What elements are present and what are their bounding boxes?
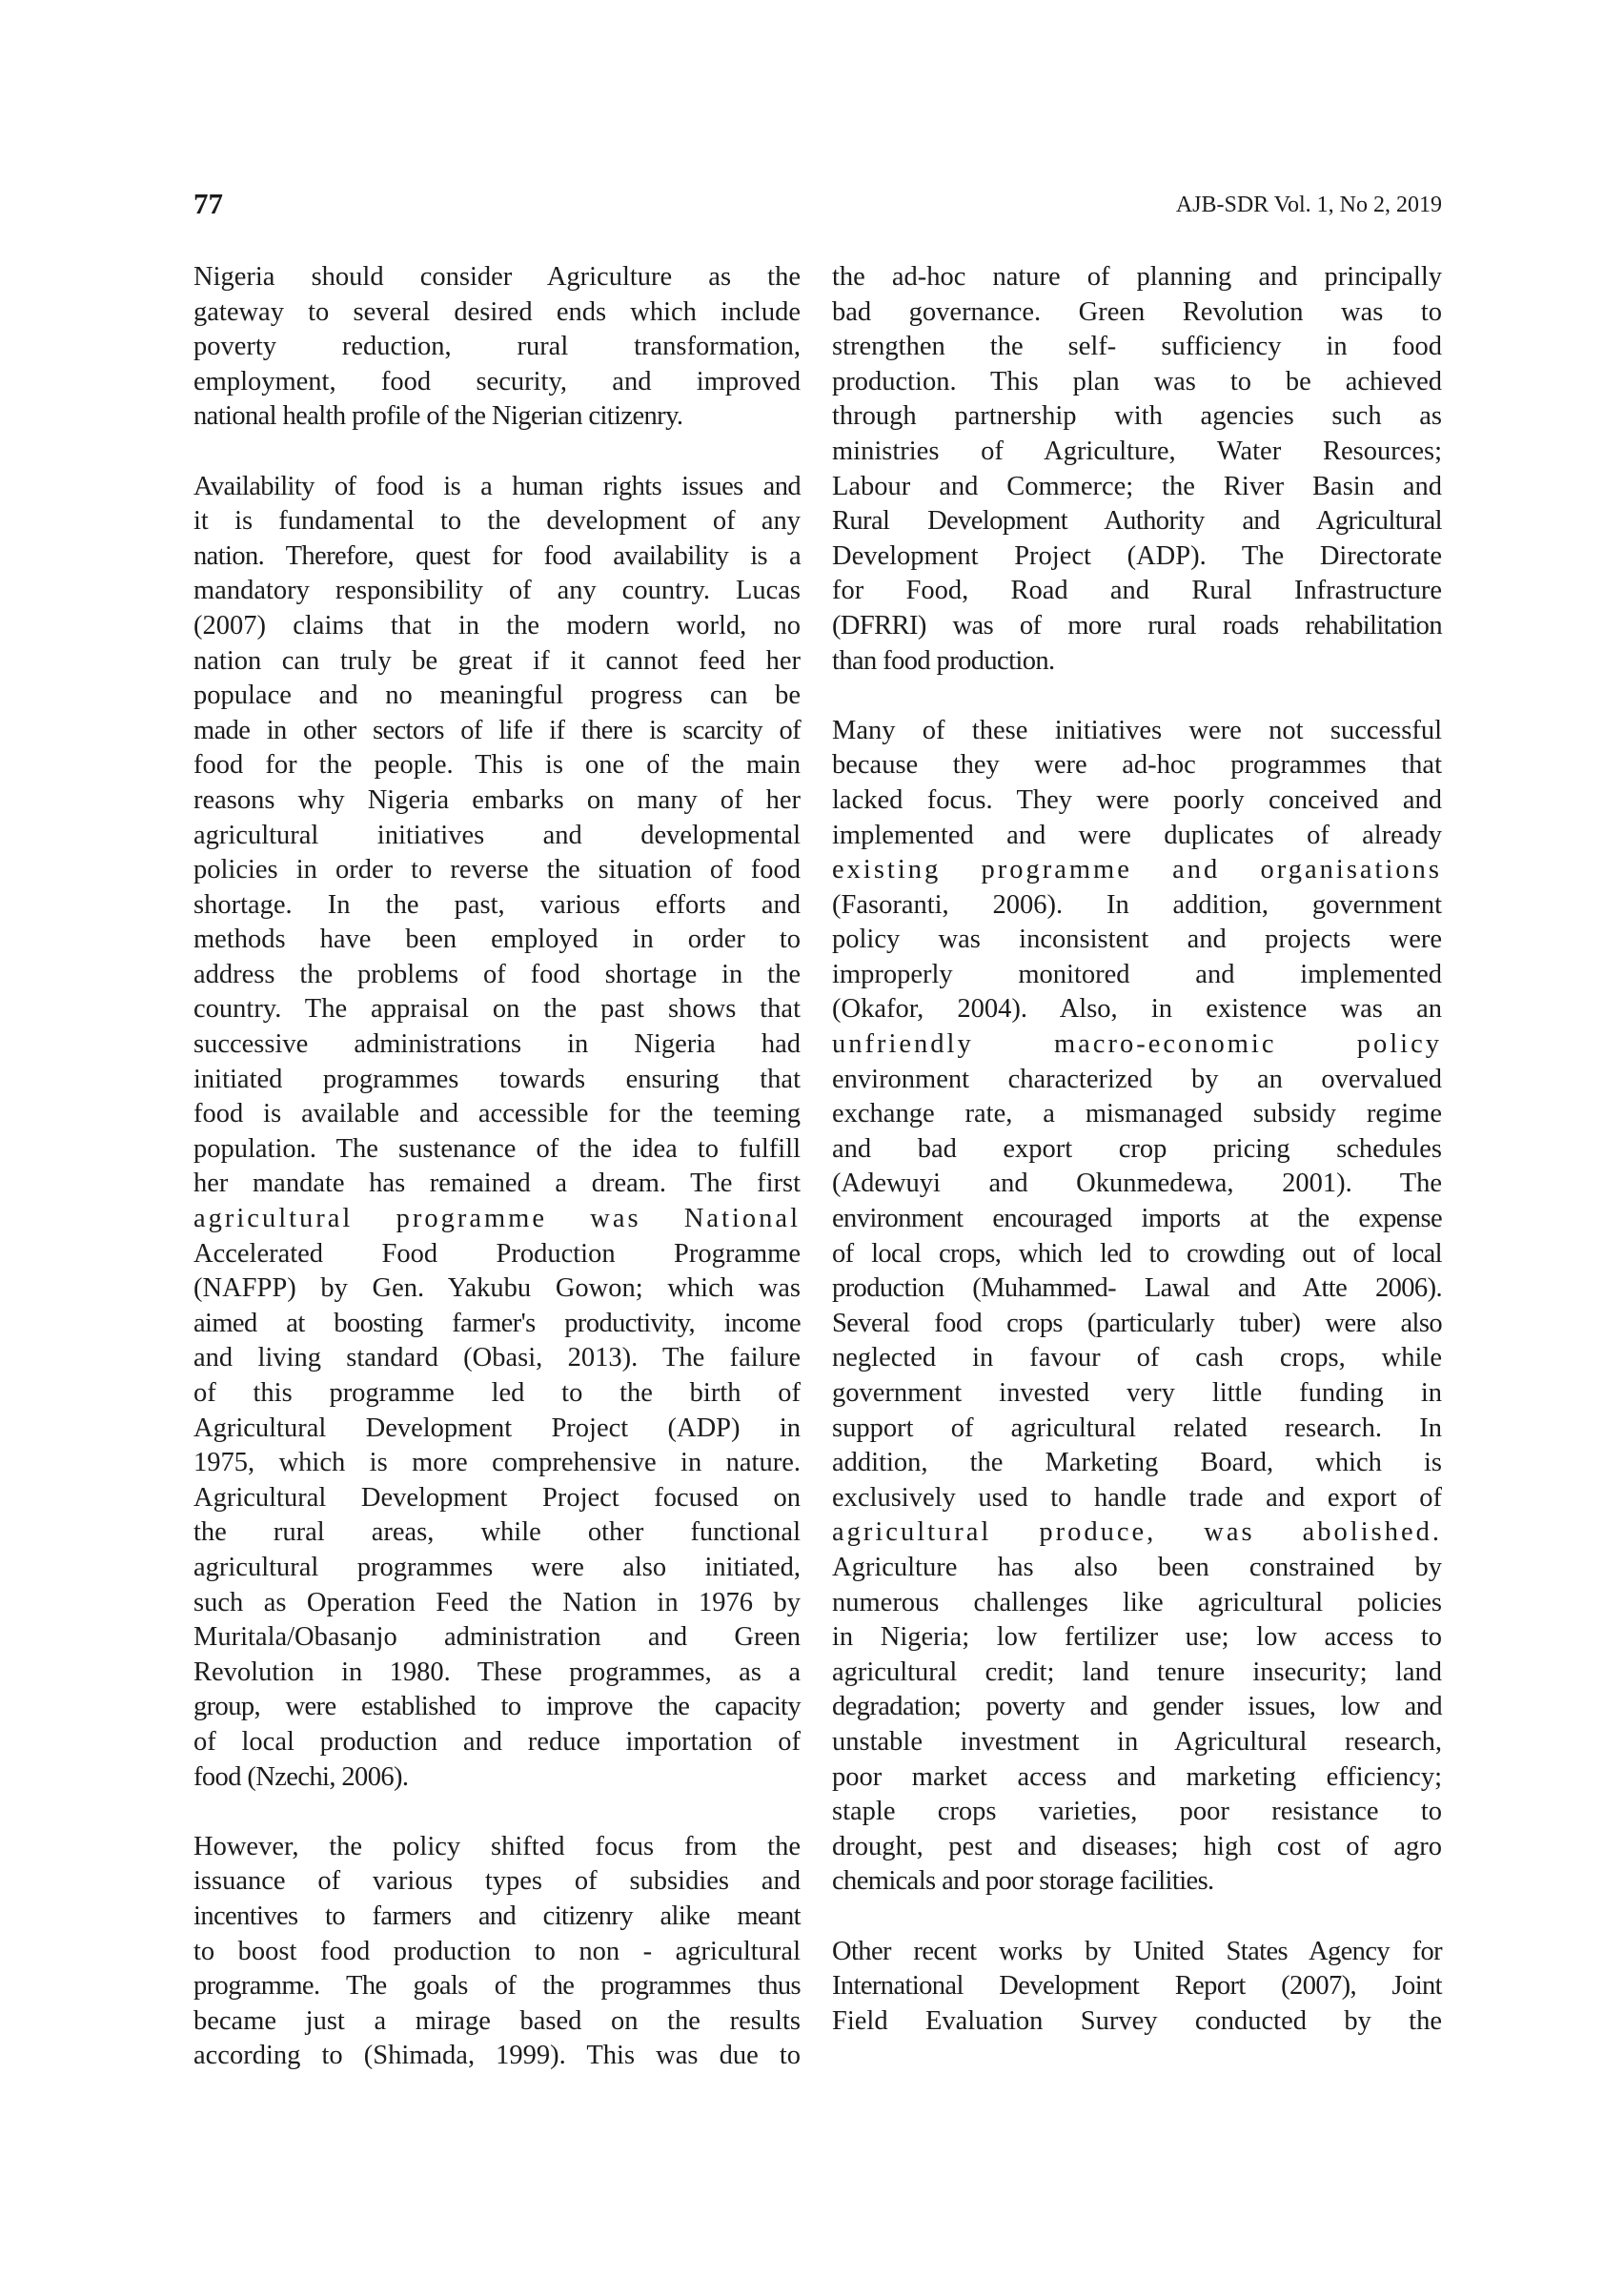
text-line: (DFRRI) was of more rural roads rehabili… bbox=[832, 609, 1442, 644]
text-line: (Okafor, 2004). Also, in existence was a… bbox=[832, 992, 1442, 1027]
text-line: Field Evaluation Survey conducted by the bbox=[832, 2004, 1442, 2040]
text-line: (Adewuyi and Okunmedewa, 2001). The bbox=[832, 1167, 1442, 1202]
text-line: Muritala/Obasanjo administration and Gre… bbox=[193, 1620, 801, 1656]
text-line: Rural Development Authority and Agricult… bbox=[832, 504, 1442, 539]
text-line: However, the policy shifted focus from t… bbox=[193, 1830, 801, 1865]
text-line: of this programme led to the birth of bbox=[193, 1376, 801, 1412]
text-line: because they were ad-hoc programmes that bbox=[832, 748, 1442, 783]
text-line: Development Project (ADP). The Directora… bbox=[832, 539, 1442, 575]
text-line: populace and no meaningful progress can … bbox=[193, 679, 801, 714]
text-line: environment characterized by an overvalu… bbox=[832, 1063, 1442, 1098]
text-line: gateway to several desired ends which in… bbox=[193, 295, 801, 331]
text-line: such as Operation Feed the Nation in 197… bbox=[193, 1586, 801, 1621]
text-line: food (Nzechi, 2006). bbox=[193, 1760, 801, 1796]
text-line: mandatory responsibility of any country.… bbox=[193, 574, 801, 609]
text-line: her mandate has remained a dream. The fi… bbox=[193, 1167, 801, 1202]
left-column: Nigeria should consider Agriculture as t… bbox=[193, 260, 801, 2108]
text-line: existing programme and organisations bbox=[832, 853, 1442, 888]
text-line: Nigeria should consider Agriculture as t… bbox=[193, 260, 801, 295]
text-line: agricultural initiatives and development… bbox=[193, 819, 801, 854]
text-line: production. This plan was to be achieved bbox=[832, 365, 1442, 400]
paragraph: Nigeria should consider Agriculture as t… bbox=[193, 260, 801, 435]
paragraph: Many of these initiatives were not succe… bbox=[832, 714, 1442, 1900]
text-line: population. The sustenance of the idea t… bbox=[193, 1132, 801, 1168]
text-line: successive administrations in Nigeria ha… bbox=[193, 1027, 801, 1063]
right-column: the ad-hoc nature of planning and princi… bbox=[832, 260, 1442, 2074]
text-line: food is available and accessible for the… bbox=[193, 1097, 801, 1132]
text-line: drought, pest and diseases; high cost of… bbox=[832, 1830, 1442, 1865]
text-line: degradation; poverty and gender issues, … bbox=[832, 1690, 1442, 1725]
text-line: Revolution in 1980. These programmes, as… bbox=[193, 1656, 801, 1691]
paragraph: Other recent works by United States Agen… bbox=[832, 1935, 1442, 2040]
text-line: national health profile of the Nigerian … bbox=[193, 399, 801, 435]
page-number: 77 bbox=[193, 187, 223, 221]
text-line: methods have been employed in order to bbox=[193, 923, 801, 958]
text-line: policy was inconsistent and projects wer… bbox=[832, 923, 1442, 958]
text-line: made in other sectors of life if there i… bbox=[193, 714, 801, 749]
text-line: lacked focus. They were poorly conceived… bbox=[832, 783, 1442, 819]
text-line: agricultural programmes were also initia… bbox=[193, 1551, 801, 1586]
text-line: for Food, Road and Rural Infrastructure bbox=[832, 574, 1442, 609]
text-line: improperly monitored and implemented bbox=[832, 958, 1442, 993]
text-line: aimed at boosting farmer's productivity,… bbox=[193, 1307, 801, 1342]
text-line: in Nigeria; low fertilizer use; low acce… bbox=[832, 1620, 1442, 1656]
text-line: food for the people. This is one of the … bbox=[193, 748, 801, 783]
text-line: unstable investment in Agricultural rese… bbox=[832, 1725, 1442, 1760]
text-line: Several food crops (particularly tuber) … bbox=[832, 1307, 1442, 1342]
text-line: government invested very little funding … bbox=[832, 1376, 1442, 1412]
text-line: than food production. bbox=[832, 644, 1442, 680]
text-line: bad governance. Green Revolution was to bbox=[832, 295, 1442, 331]
text-line: Labour and Commerce; the River Basin and bbox=[832, 470, 1442, 505]
paragraph: Availability of food is a human rights i… bbox=[193, 470, 801, 1796]
text-line: and living standard (Obasi, 2013). The f… bbox=[193, 1341, 801, 1376]
text-line: unfriendly macro-economic policy bbox=[832, 1027, 1442, 1063]
text-line: shortage. In the past, various efforts a… bbox=[193, 888, 801, 924]
text-line: numerous challenges like agricultural po… bbox=[832, 1586, 1442, 1621]
text-line: Many of these initiatives were not succe… bbox=[832, 714, 1442, 749]
text-line: staple crops varieties, poor resistance … bbox=[832, 1795, 1442, 1830]
text-line: nation. Therefore, quest for food availa… bbox=[193, 539, 801, 575]
text-line: Agricultural Development Project focused… bbox=[193, 1481, 801, 1516]
text-line: 1975, which is more comprehensive in nat… bbox=[193, 1446, 801, 1481]
text-line: poverty reduction, rural transformation, bbox=[193, 330, 801, 365]
text-line: it is fundamental to the development of … bbox=[193, 504, 801, 539]
text-line: policies in order to reverse the situati… bbox=[193, 853, 801, 888]
text-line: agricultural programme was National bbox=[193, 1202, 801, 1237]
text-line: to boost food production to non - agricu… bbox=[193, 1935, 801, 1970]
paragraph: However, the policy shifted focus from t… bbox=[193, 1830, 801, 2074]
text-line: group, were established to improve the c… bbox=[193, 1690, 801, 1725]
text-line: the rural areas, while other functional bbox=[193, 1515, 801, 1551]
text-line: through partnership with agencies such a… bbox=[832, 399, 1442, 435]
text-line: agricultural credit; land tenure insecur… bbox=[832, 1656, 1442, 1691]
text-line: reasons why Nigeria embarks on many of h… bbox=[193, 783, 801, 819]
text-line: Accelerated Food Production Programme bbox=[193, 1237, 801, 1272]
text-line: (NAFPP) by Gen. Yakubu Gowon; which was bbox=[193, 1271, 801, 1307]
text-line: production (Muhammed- Lawal and Atte 200… bbox=[832, 1271, 1442, 1307]
text-line: according to (Shimada, 1999). This was d… bbox=[193, 2039, 801, 2074]
paragraph: the ad-hoc nature of planning and princi… bbox=[832, 260, 1442, 679]
text-line: (Fasoranti, 2006). In addition, governme… bbox=[832, 888, 1442, 924]
text-line: issuance of various types of subsidies a… bbox=[193, 1864, 801, 1900]
text-line: Availability of food is a human rights i… bbox=[193, 470, 801, 505]
journal-running-head: AJB-SDR Vol. 1, No 2, 2019 bbox=[1176, 191, 1442, 219]
text-line: of local production and reduce importati… bbox=[193, 1725, 801, 1760]
text-line: the ad-hoc nature of planning and princi… bbox=[832, 260, 1442, 295]
text-line: exclusively used to handle trade and exp… bbox=[832, 1481, 1442, 1516]
text-line: of local crops, which led to crowding ou… bbox=[832, 1237, 1442, 1272]
text-line: chemicals and poor storage facilities. bbox=[832, 1864, 1442, 1900]
text-line: ministries of Agriculture, Water Resourc… bbox=[832, 435, 1442, 470]
text-line: Agriculture has also been constrained by bbox=[832, 1551, 1442, 1586]
text-line: employment, food security, and improved bbox=[193, 365, 801, 400]
text-line: environment encouraged imports at the ex… bbox=[832, 1202, 1442, 1237]
text-line: addition, the Marketing Board, which is bbox=[832, 1446, 1442, 1481]
text-line: exchange rate, a mismanaged subsidy regi… bbox=[832, 1097, 1442, 1132]
text-line: International Development Report (2007),… bbox=[832, 1969, 1442, 2004]
text-line: poor market access and marketing efficie… bbox=[832, 1760, 1442, 1796]
text-line: address the problems of food shortage in… bbox=[193, 958, 801, 993]
text-line: initiated programmes towards ensuring th… bbox=[193, 1063, 801, 1098]
text-line: nation can truly be great if it cannot f… bbox=[193, 644, 801, 680]
text-line: programme. The goals of the programmes t… bbox=[193, 1969, 801, 2004]
text-line: strengthen the self- sufficiency in food bbox=[832, 330, 1442, 365]
text-line: became just a mirage based on the result… bbox=[193, 2004, 801, 2040]
text-line: agricultural produce, was abolished. bbox=[832, 1515, 1442, 1551]
text-line: support of agricultural related research… bbox=[832, 1412, 1442, 1447]
text-line: Agricultural Development Project (ADP) i… bbox=[193, 1412, 801, 1447]
text-line: neglected in favour of cash crops, while bbox=[832, 1341, 1442, 1376]
text-line: Other recent works by United States Agen… bbox=[832, 1935, 1442, 1970]
text-line: and bad export crop pricing schedules bbox=[832, 1132, 1442, 1168]
text-line: (2007) claims that in the modern world, … bbox=[193, 609, 801, 644]
text-line: incentives to farmers and citizenry alik… bbox=[193, 1900, 801, 1935]
text-line: implemented and were duplicates of alrea… bbox=[832, 819, 1442, 854]
text-line: country. The appraisal on the past shows… bbox=[193, 992, 801, 1027]
